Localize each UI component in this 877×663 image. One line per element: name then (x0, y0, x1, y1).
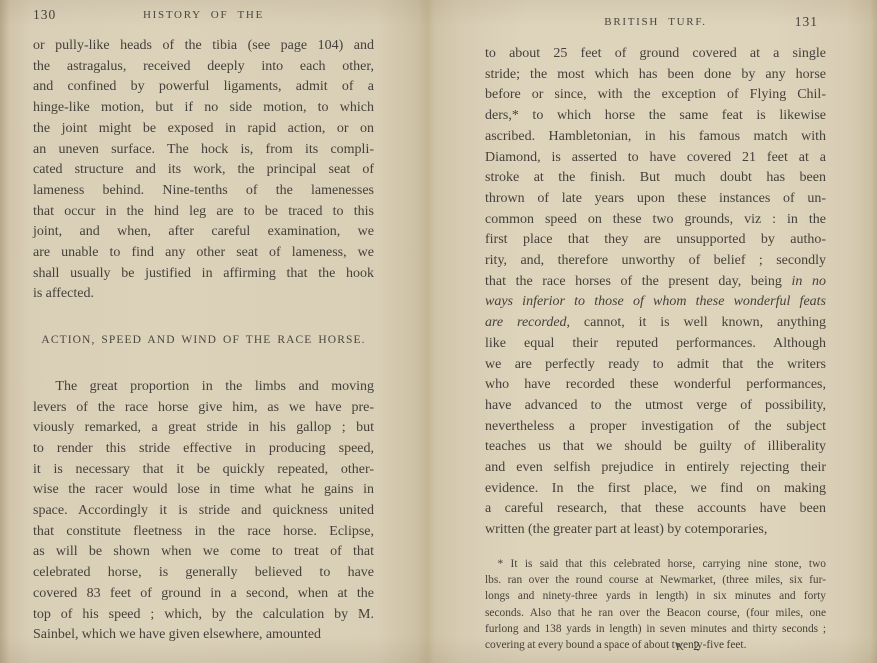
right-page-body: to about 25 feet of ground covered at a … (485, 44, 826, 541)
left-page-header: 130 HISTORY OF THE (33, 9, 374, 29)
signature-number: 2 (693, 638, 703, 653)
left-page: 130 HISTORY OF THE or pully-like heads o… (0, 0, 438, 663)
right-page: BRITISH TURF. 131 to about 25 feet of gr… (438, 0, 877, 663)
page-number-left: 130 (33, 7, 56, 23)
page-number-right: 131 (795, 14, 818, 30)
left-page-body: or pully-like heads of the tibia (see pa… (33, 36, 374, 646)
paragraph-stride-claims: to about 25 feet of ground covered at a … (485, 44, 826, 541)
paragraph-hock-joint: or pully-like heads of the tibia (see pa… (33, 36, 374, 305)
running-header-right: BRITISH TURF. (485, 16, 826, 28)
section-heading: ACTION, SPEED AND WIND OF THE RACE HORSE… (33, 330, 374, 351)
running-header-left: HISTORY OF THE (33, 9, 374, 21)
signature-letter: K (676, 641, 687, 653)
footnote: * It is said that this celebrated horse,… (485, 556, 826, 653)
signature-mark: K 2 (676, 638, 703, 654)
paragraph-action-speed: The great proportion in the limbs and mo… (33, 377, 374, 646)
book-spread: 130 HISTORY OF THE or pully-like heads o… (0, 0, 877, 663)
right-page-header: BRITISH TURF. 131 (485, 16, 826, 36)
